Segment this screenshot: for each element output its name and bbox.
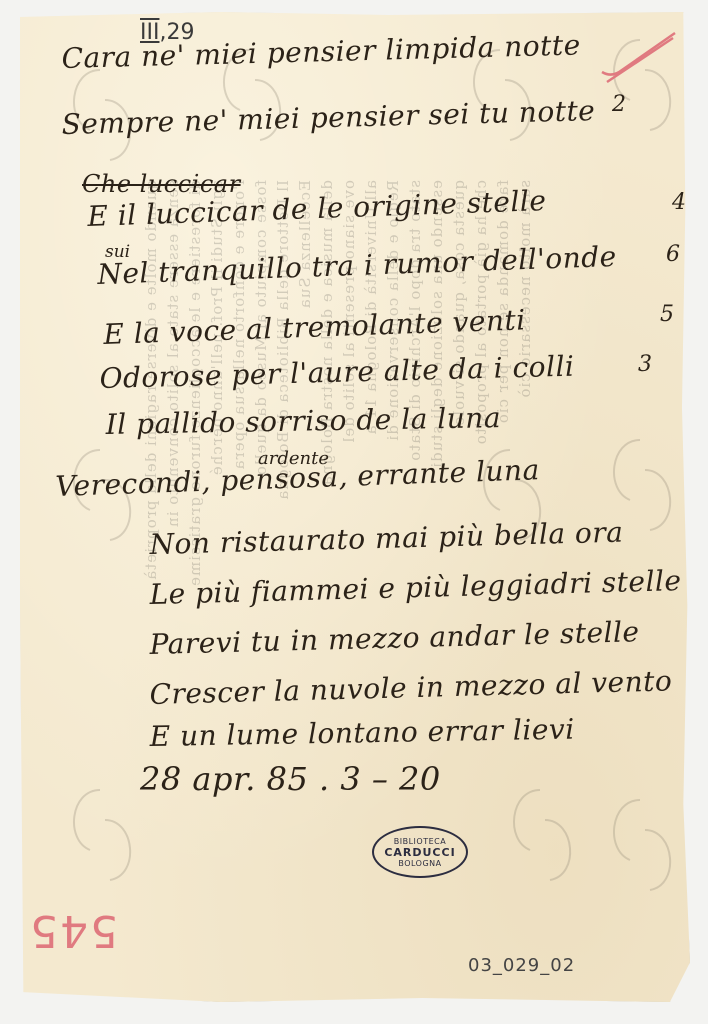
line-number-4: 4 (672, 190, 686, 215)
watermark-monogram-icon (600, 790, 690, 900)
library-stamp: BIBLIOTECA CARDUCCI BOLOGNA (372, 826, 468, 878)
stamp-line-3: BOLOGNA (398, 859, 441, 868)
red-folio-mark-icon (597, 30, 677, 90)
line-number-6: 6 (666, 242, 680, 267)
inventory-code: 03_029_02 (468, 955, 575, 976)
date-line: 28 apr. 85 . 3 – 20 (140, 760, 441, 798)
red-pencil-number: 545 (28, 905, 118, 956)
stamp-line-2: CARDUCCI (384, 846, 455, 859)
watermark-monogram-icon (60, 780, 150, 890)
manuscript-line-7: Il pallido sorriso de la luna (105, 401, 501, 441)
watermark-monogram-icon (500, 780, 590, 890)
manuscript-line-struck: Che luccicar (82, 170, 241, 198)
stamp-line-1: BIBLIOTECA (394, 837, 446, 846)
line-number-2: 2 (612, 92, 626, 117)
line-number-3: 3 (638, 352, 652, 377)
line-number-5: 5 (660, 302, 674, 327)
